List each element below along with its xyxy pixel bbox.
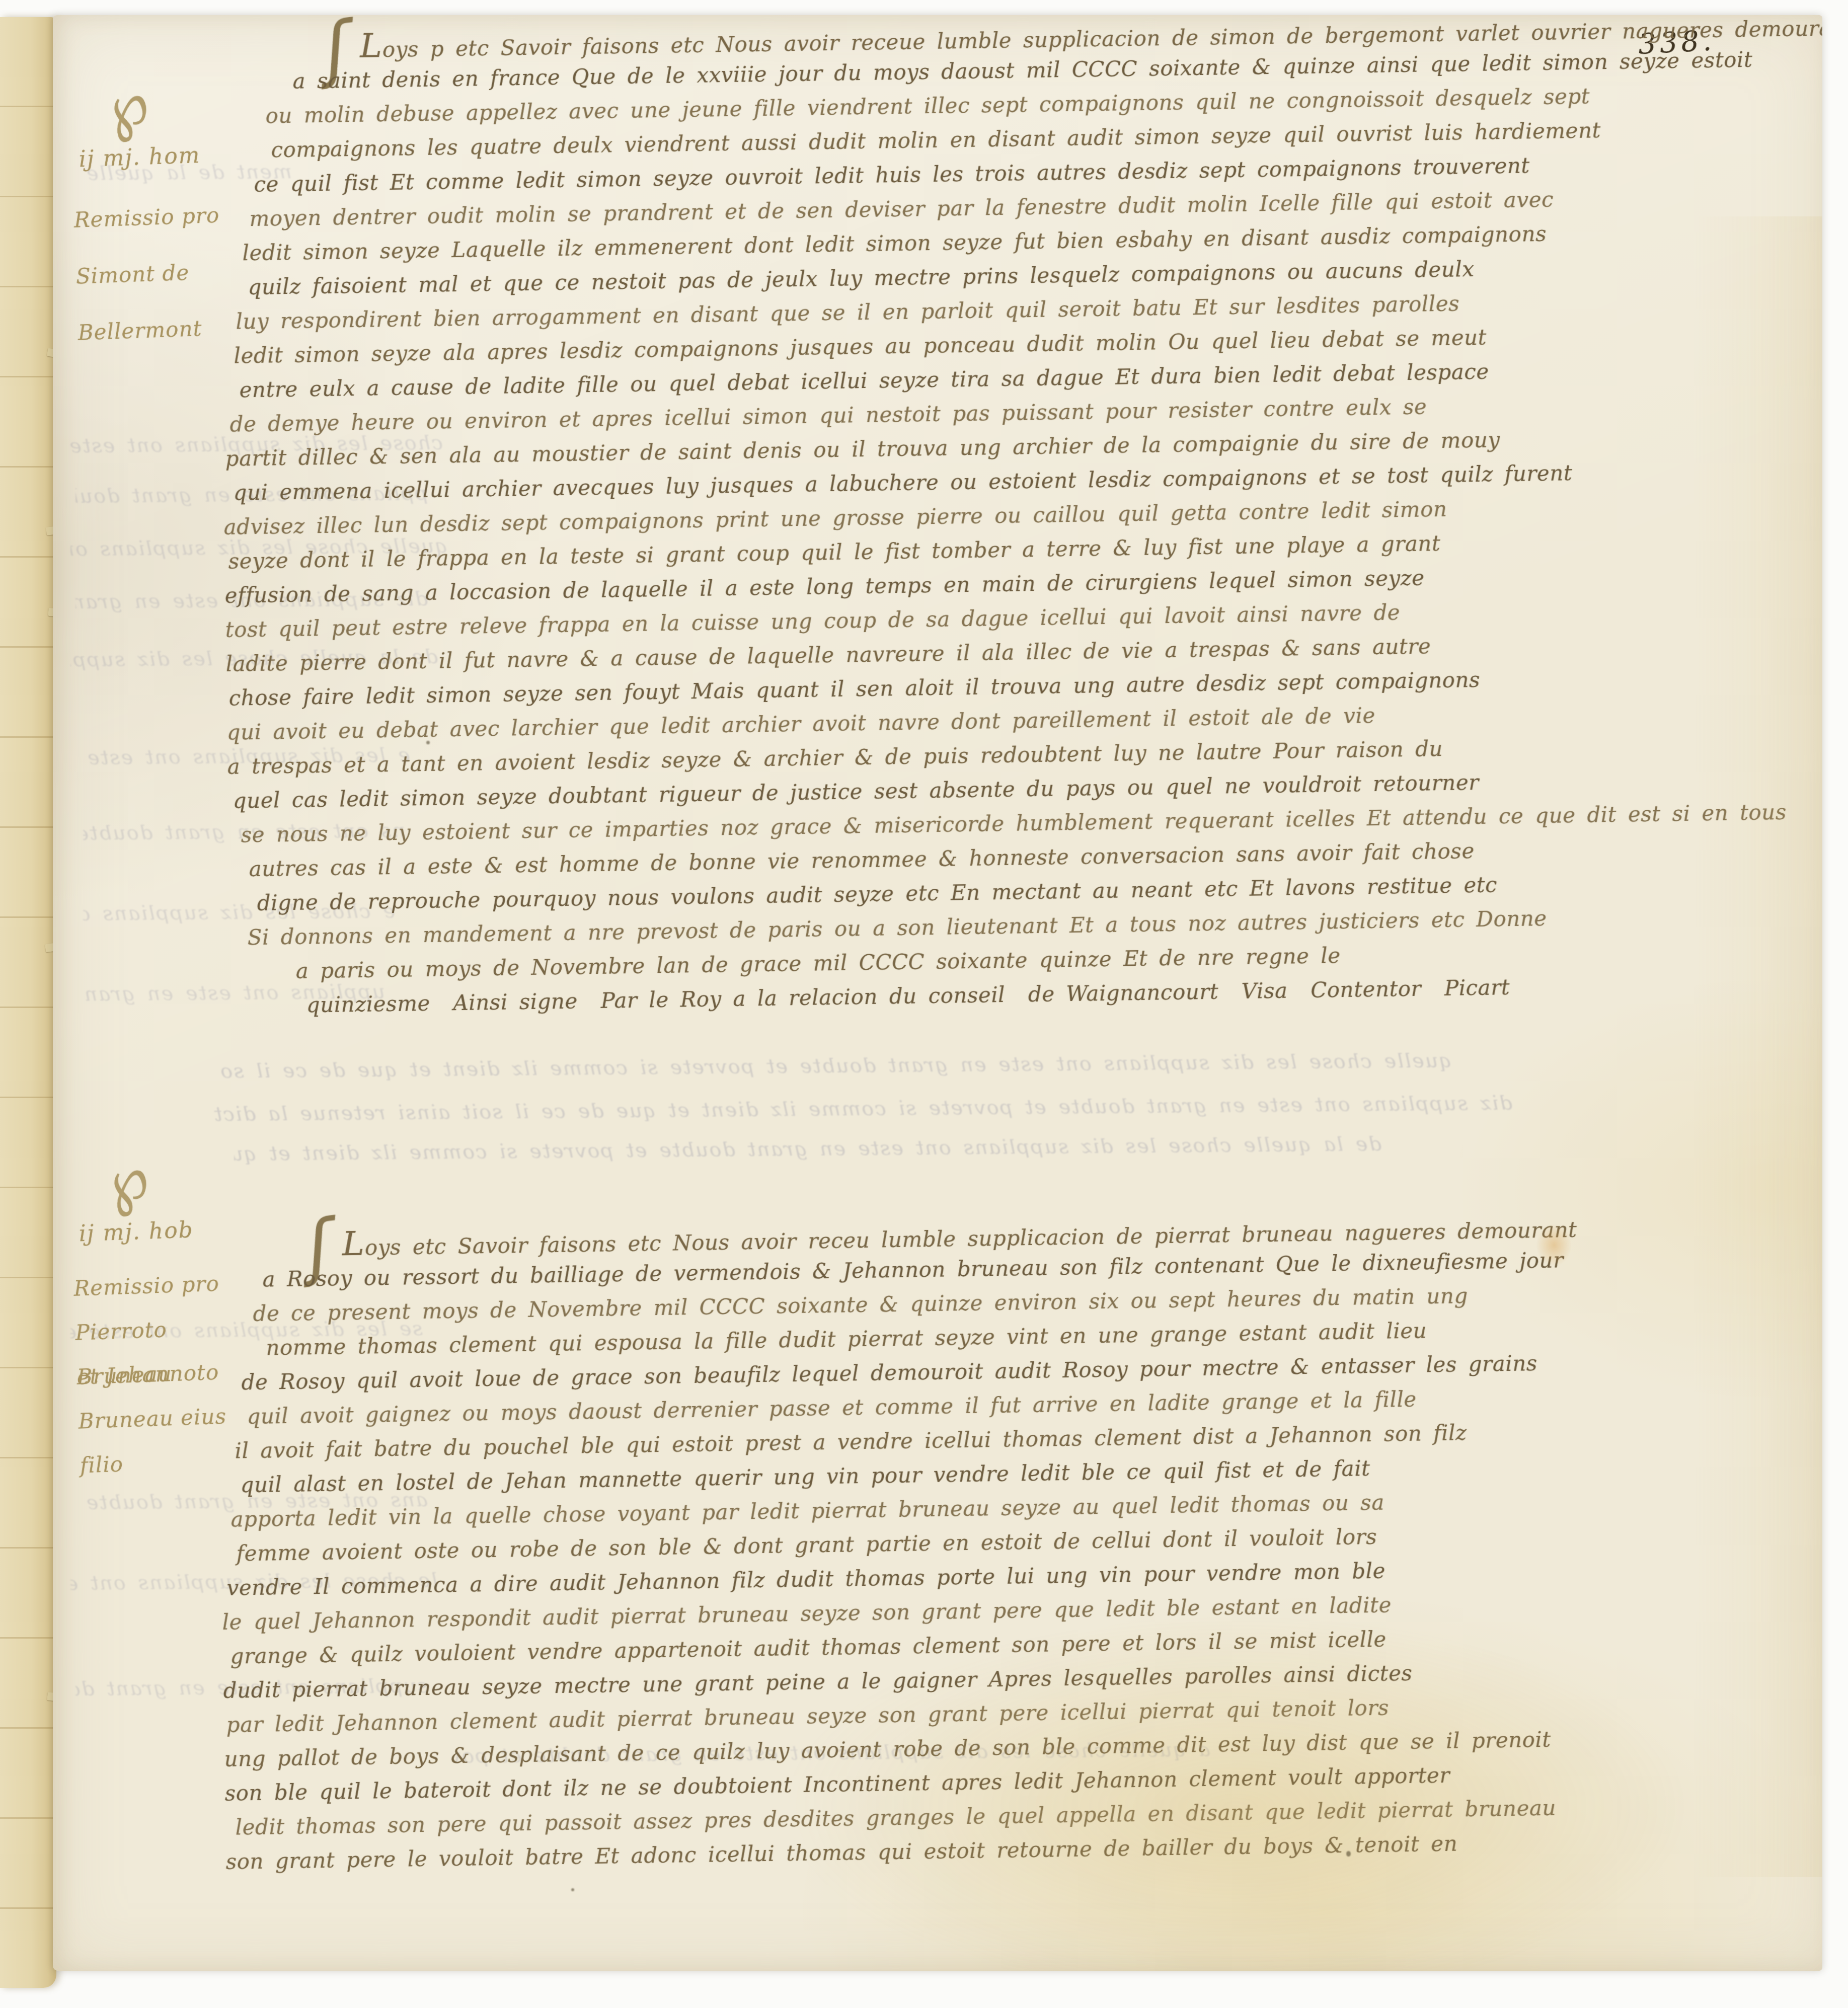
ink-speck <box>426 741 430 744</box>
scan-background: 338. ment de la quelle chose les diz sup… <box>0 0 1848 2008</box>
entry-body: ʃLoys p etc Savoir faisons etc Nous avoi… <box>216 15 1811 1024</box>
ink-speck <box>1346 1851 1351 1857</box>
bleedthrough-text: de la quelle chose les diz supplians ont… <box>234 1132 1381 1166</box>
previous-folio-edge <box>0 17 56 1988</box>
margin-flourish-icon: ℘ <box>95 1143 157 1219</box>
margin-flourish-icon: ℘ <box>95 68 157 144</box>
opening-initial: L <box>342 1224 365 1264</box>
entry-body: ʃLoys etc Savoir faisons etc Nous avoir … <box>216 1205 1806 1879</box>
bleedthrough-text: diz supplians ont este en grant doubte e… <box>214 1092 1512 1126</box>
manuscript-page: 338. ment de la quelle chose les diz sup… <box>53 15 1822 1971</box>
opening-initial: L <box>359 26 382 65</box>
bleedthrough-text: quelle chose les diz supplians ont este … <box>219 1049 1452 1083</box>
opening-flourish-icon: ʃ <box>307 1246 331 1249</box>
opening-flourish-icon: ʃ <box>325 48 349 51</box>
ink-speck <box>571 1888 574 1891</box>
